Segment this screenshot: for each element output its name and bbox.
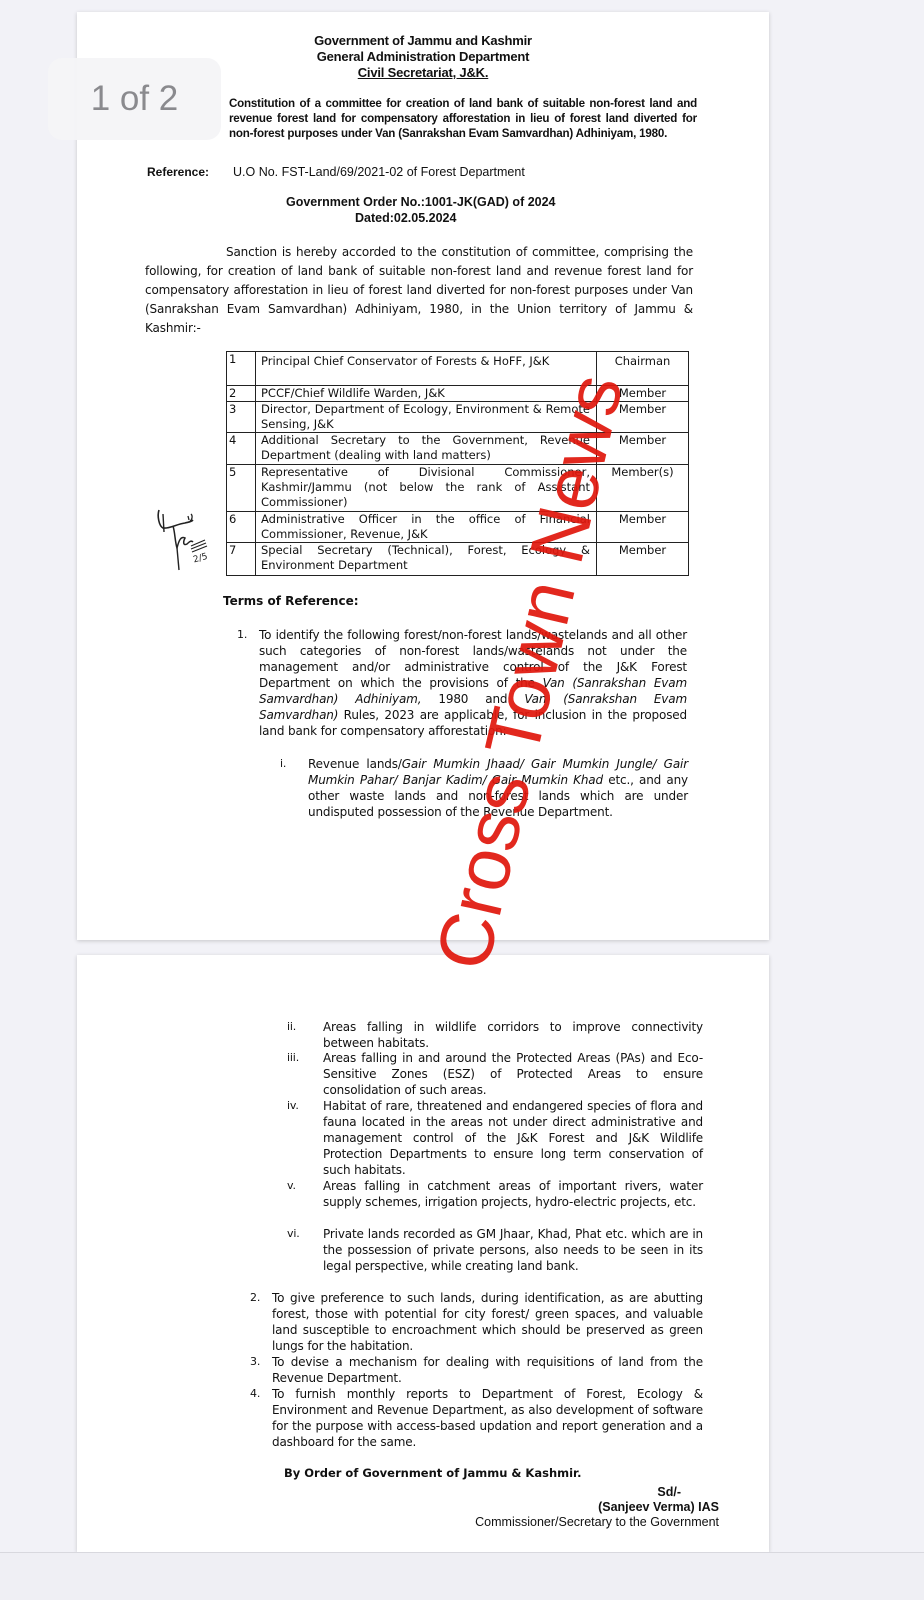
signature-block: Sd/- (Sanjeev Verma) IAS Commissioner/Se… [475, 1485, 719, 1530]
committee-row: 6Administrative Officer in the office of… [227, 512, 689, 543]
committee-serial: 1 [227, 352, 256, 386]
signatory-name: (Sanjeev Verma) IAS [475, 1500, 719, 1515]
reference-label: Reference: [147, 165, 209, 179]
committee-member: PCCF/Chief Wildlife Warden, J&K [256, 386, 597, 402]
committee-serial: 7 [227, 543, 256, 576]
committee-row: 1Principal Chief Conservator of Forests … [227, 352, 689, 386]
committee-role: Member [597, 386, 689, 402]
committee-serial: 6 [227, 512, 256, 543]
committee-role: Chairman [597, 352, 689, 386]
document-page-2: ii.Areas falling in wildlife corridors t… [77, 955, 769, 1552]
committee-row: 2PCCF/Chief Wildlife Warden, J&KMember [227, 386, 689, 402]
terms-of-reference-title: Terms of Reference: [223, 594, 359, 608]
order-date: Dated:02.05.2024 [355, 210, 456, 226]
committee-role: Member [597, 402, 689, 433]
committee-row: 3Director, Department of Ecology, Enviro… [227, 402, 689, 433]
committee-row: 5Representative of Divisional Commission… [227, 465, 689, 512]
committee-member: Special Secretary (Technical), Forest, E… [256, 543, 597, 576]
committee-serial: 3 [227, 402, 256, 433]
committee-member: Additional Secretary to the Government, … [256, 433, 597, 465]
committee-row: 4Additional Secretary to the Government,… [227, 433, 689, 465]
order-number: Government Order No.:1001-JK(GAD) of 202… [286, 194, 556, 210]
committee-role: Member [597, 543, 689, 576]
viewer-bottom-bar [0, 1552, 924, 1600]
term-1-text: To identify the following forest/non-for… [259, 627, 687, 739]
committee-table: 1Principal Chief Conservator of Forests … [226, 351, 689, 576]
sub-item-i-text: Revenue lands/Gair Mumkin Jhaad/ Gair Mu… [308, 756, 688, 820]
committee-role: Member [597, 512, 689, 543]
intro-paragraph: Sanction is hereby accorded to the const… [145, 243, 693, 338]
svg-text:2/5: 2/5 [192, 552, 209, 565]
page-counter-badge: 1 of 2 [48, 58, 221, 140]
sd-mark: Sd/- [475, 1485, 681, 1500]
order-subject: Constitution of a committee for creation… [229, 96, 697, 141]
committee-member: Director, Department of Ecology, Environ… [256, 402, 597, 433]
signatory-designation: Commissioner/Secretary to the Government [475, 1515, 719, 1530]
committee-serial: 2 [227, 386, 256, 402]
reference-value: U.O No. FST-Land/69/2021-02 of Forest De… [233, 165, 525, 179]
committee-member: Representative of Divisional Commissione… [256, 465, 597, 512]
committee-role: Member(s) [597, 465, 689, 512]
committee-member: Administrative Officer in the office of … [256, 512, 597, 543]
committee-member: Principal Chief Conservator of Forests &… [256, 352, 597, 386]
committee-serial: 4 [227, 433, 256, 465]
committee-role: Member [597, 433, 689, 465]
document-page-1: Government of Jammu and Kashmir General … [77, 12, 769, 940]
handwritten-initials: 2/5 [155, 502, 217, 572]
header-government: Government of Jammu and Kashmir [77, 33, 769, 49]
committee-row: 7Special Secretary (Technical), Forest, … [227, 543, 689, 576]
by-order-line: By Order of Government of Jammu & Kashmi… [284, 1466, 581, 1480]
committee-serial: 5 [227, 465, 256, 512]
